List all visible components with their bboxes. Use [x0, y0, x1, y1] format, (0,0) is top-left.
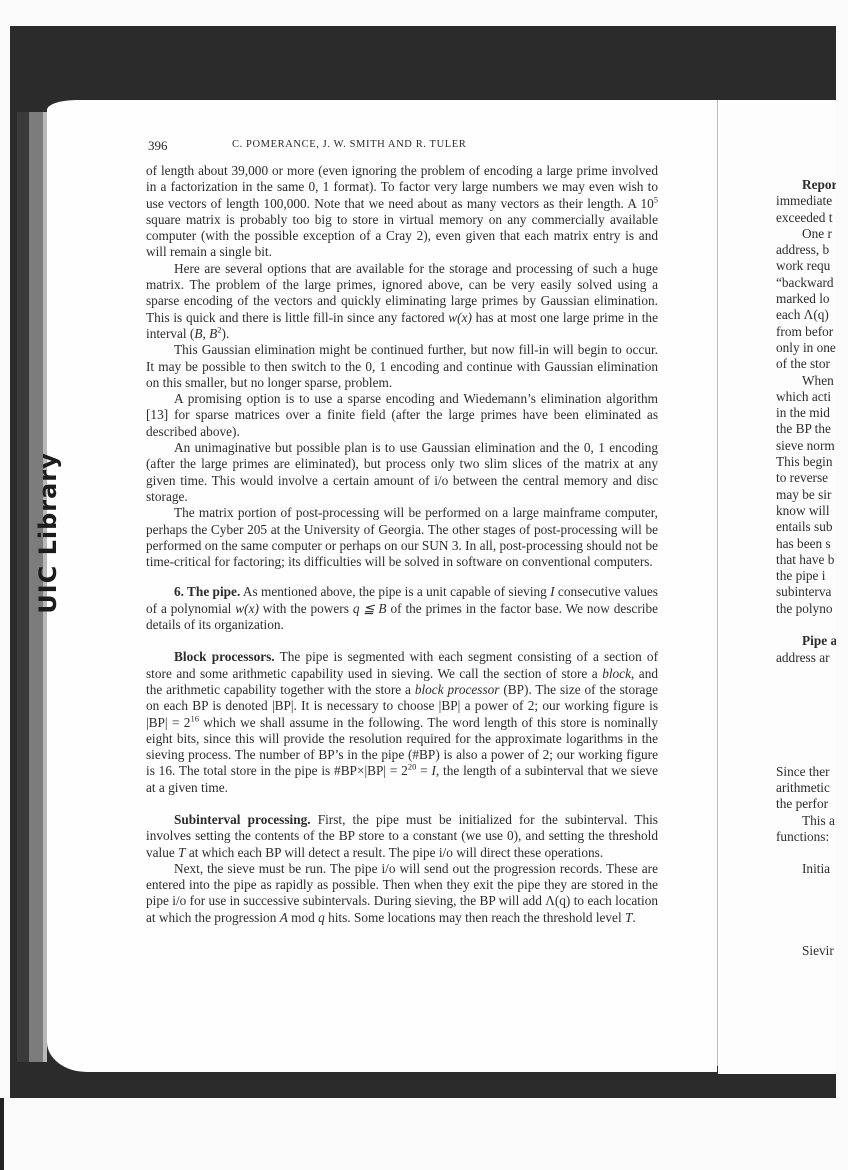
right-page-line: work requ [776, 258, 836, 274]
paragraph: This Gaussian elimination might be conti… [146, 342, 658, 391]
right-page-line: marked lo [776, 291, 836, 307]
right-page-line [776, 682, 836, 698]
right-page-line: in the mid [776, 405, 836, 421]
right-page-line: address ar [776, 650, 836, 666]
right-page-line: that have b [776, 552, 836, 568]
right-page-line [776, 747, 836, 763]
right-page-line: to reverse [776, 470, 836, 486]
main-text-column: of length about 39,000 or more (even ign… [146, 163, 658, 926]
right-page-line: the perfor [776, 796, 836, 812]
right-page-text-fragment: Reporimmediateexceeded tOne raddress, bw… [776, 177, 836, 959]
right-page-line: from befor [776, 324, 836, 340]
paragraph: Next, the sieve must be run. The pipe i/… [146, 861, 658, 926]
author-line: C. POMERANCE, J. W. SMITH AND R. TULER [232, 139, 466, 150]
right-page-line: Since ther [776, 764, 836, 780]
right-page-line [776, 699, 836, 715]
right-page-line: subinterva [776, 584, 836, 600]
right-page-line: the pipe i [776, 568, 836, 584]
right-page-line: exceeded t [776, 210, 836, 226]
right-page-line: Repor [776, 177, 836, 193]
right-page-line: address, b [776, 242, 836, 258]
block-processors-paragraph: Block processors. The pipe is segmented … [146, 649, 658, 796]
right-page-line [776, 731, 836, 747]
right-page-line [776, 894, 836, 910]
right-page-line: Pipe a [776, 633, 836, 649]
right-page-line: “backward [776, 275, 836, 291]
right-page-line: sieve norm [776, 438, 836, 454]
right-page-line [776, 617, 836, 633]
right-page-line: only in one [776, 340, 836, 356]
right-page-line: This begin [776, 454, 836, 470]
subsection-heading: Subinterval processing. [174, 812, 311, 827]
right-page-line: of the stor [776, 356, 836, 372]
page-gutter [717, 100, 718, 1066]
right-page-line: immediate [776, 193, 836, 209]
right-page-line [776, 666, 836, 682]
right-page-line [776, 910, 836, 926]
right-page-line [776, 878, 836, 894]
right-page-line: functions: [776, 829, 836, 845]
right-page-line: One r [776, 226, 836, 242]
right-page-line [776, 715, 836, 731]
section-6-paragraph: 6. The pipe. As mentioned above, the pip… [146, 584, 658, 633]
right-page-line: the polyno [776, 601, 836, 617]
right-page-line: When [776, 373, 836, 389]
paragraph: The matrix portion of post-processing wi… [146, 505, 658, 570]
right-page-line: know will [776, 503, 836, 519]
right-page-line: may be sir [776, 487, 836, 503]
right-page-line: has been s [776, 536, 836, 552]
library-stamp-text: UIC Library [34, 452, 62, 614]
right-page-line: Initia [776, 861, 836, 877]
library-stamp: UIC Library [22, 445, 74, 620]
paragraph: of length about 39,000 or more (even ign… [146, 163, 658, 261]
right-page-line: each Λ(q) [776, 307, 836, 323]
paragraph: A promising option is to use a sparse en… [146, 391, 658, 440]
paragraph: Here are several options that are availa… [146, 261, 658, 342]
right-page-line: Sievir [776, 943, 836, 959]
paragraph: An unimaginative but possible plan is to… [146, 440, 658, 505]
right-page-line: which acti [776, 389, 836, 405]
right-page-line [776, 927, 836, 943]
section-heading: 6. The pipe. [174, 584, 240, 599]
right-page-line: This a [776, 813, 836, 829]
right-page-line: entails sub [776, 519, 836, 535]
subsection-heading: Block processors. [174, 649, 275, 664]
subinterval-paragraph: Subinterval processing. First, the pipe … [146, 812, 658, 861]
page-number: 396 [148, 138, 168, 154]
right-page-line: arithmetic [776, 780, 836, 796]
right-page-line [776, 845, 836, 861]
scan-edge [0, 1098, 4, 1170]
right-page-line: the BP the [776, 421, 836, 437]
